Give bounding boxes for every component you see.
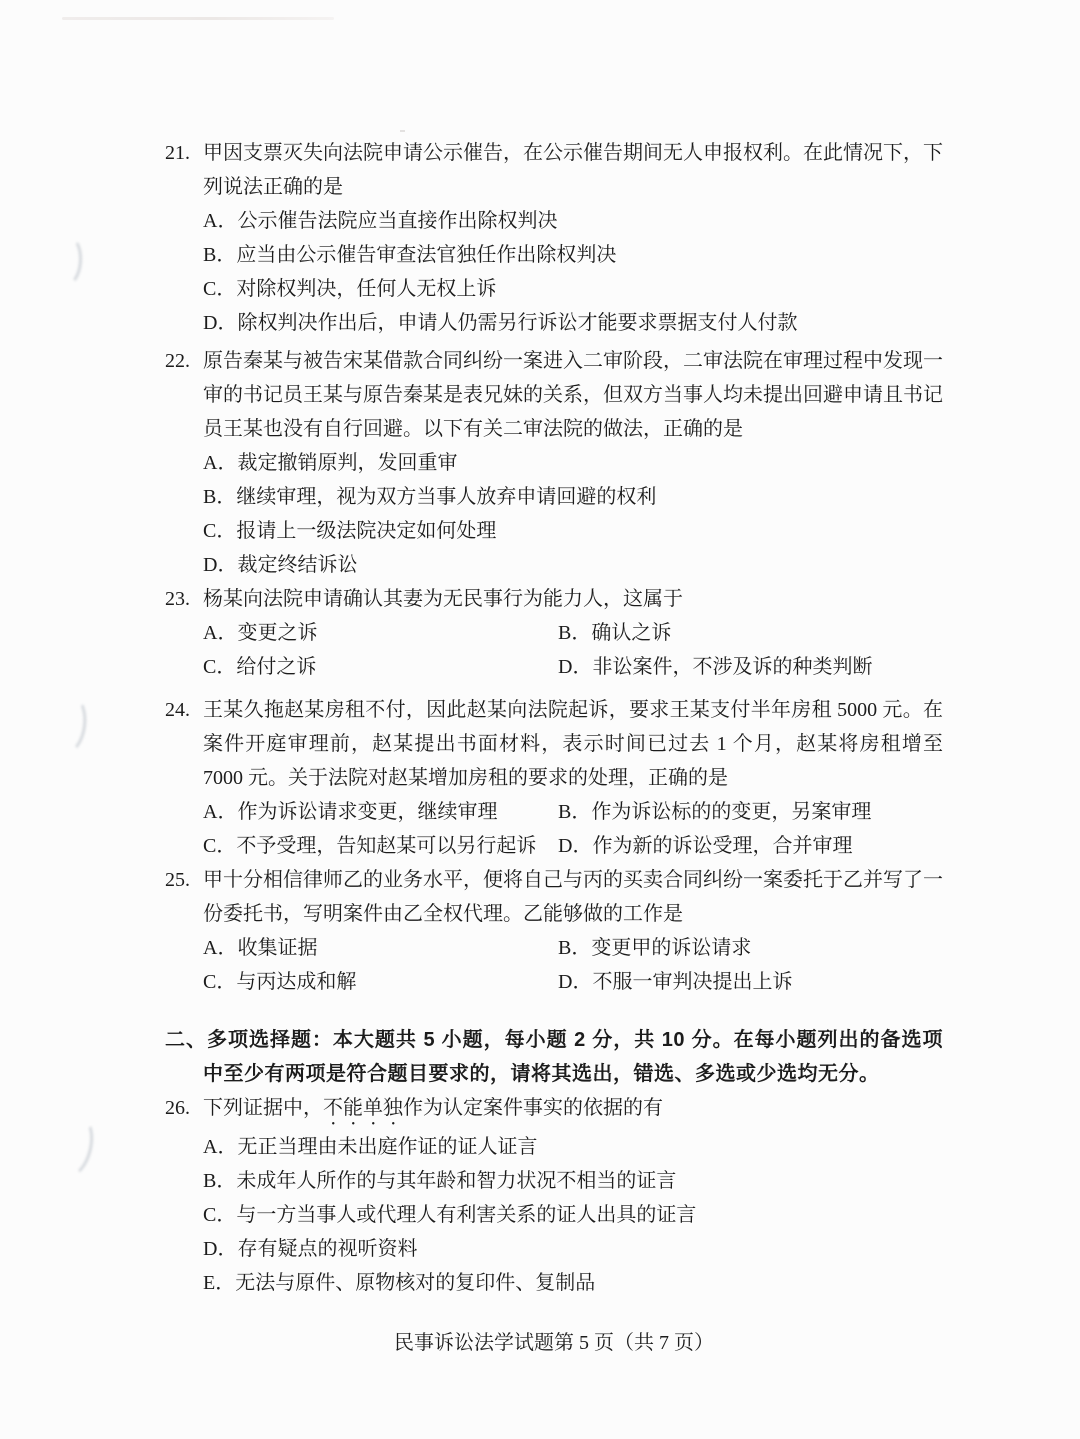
- option-e: E．无法与原件、原物核对的复印件、复制品: [203, 1266, 943, 1300]
- question-number: 21.: [165, 136, 203, 170]
- stem-post: 作为认定案件事实的依据的有: [403, 1097, 663, 1119]
- question-stem: 甲十分相信律师乙的业务水平，便将自己与丙的买卖合同纠纷一案委托于乙并写了一份委托…: [203, 863, 943, 931]
- binder-ring-artifact: [52, 235, 83, 287]
- question-stem: 原告秦某与被告宋某借款合同纠纷一案进入二审阶段，二审法院在审理过程中发现一审的书…: [203, 344, 943, 446]
- question-stem: 杨某向法院申请确认其妻为无民事行为能力人，这属于: [203, 582, 943, 616]
- option-c: C．报请上一级法院决定如何处理: [203, 514, 943, 548]
- option-b: B．应当由公示催告审查法官独任作出除权判决: [203, 238, 943, 272]
- option-c: C．与丙达成和解: [203, 965, 558, 999]
- option-b: B．变更甲的诉讼请求: [558, 931, 943, 965]
- option-a: A．公示催告法院应当直接作出除权判决: [203, 204, 943, 238]
- option-a: A．裁定撤销原判，发回重审: [203, 446, 943, 480]
- question-number: 25.: [165, 863, 203, 897]
- option-c: C．对除权判决，任何人无权上诉: [203, 272, 943, 306]
- scan-edge-artifact: [62, 17, 334, 20]
- option-b: B．未成年人所作的与其年龄和智力状况不相当的证言: [203, 1164, 943, 1198]
- question-26: 26. 下列证据中，不能单独作为认定案件事实的依据的有 A．无正当理由未出庭作证…: [165, 1091, 943, 1300]
- options-row: A．变更之诉 B．确认之诉: [203, 616, 943, 650]
- options-row: C．给付之诉 D．非讼案件，不涉及诉的种类判断: [203, 650, 943, 684]
- question-number: 22.: [165, 344, 203, 378]
- section-2-heading: 二、多项选择题：本大题共 5 小题，每小题 2 分，共 10 分。在每小题列出的…: [165, 1023, 943, 1091]
- stem-emphasized-text: 不能单独: [323, 1097, 403, 1119]
- exam-content: 21. 甲因支票灭失向法院申请公示催告，在公示催告期间无人申报权利。在此情况下，…: [165, 136, 943, 1360]
- option-c: C．与一方当事人或代理人有利害关系的证人出具的证言: [203, 1198, 943, 1232]
- question-24-stem-row: 24. 王某久拖赵某房租不付，因此赵某向法院起诉，要求王某支付半年房租 5000…: [165, 693, 943, 795]
- binder-ring-artifact: [53, 1114, 99, 1180]
- option-b: B．继续审理，视为双方当事人放弃申请回避的权利: [203, 480, 943, 514]
- question-number: 26.: [165, 1091, 203, 1125]
- question-number: 24.: [165, 693, 203, 727]
- option-d: D．不服一审判决提出上诉: [558, 965, 943, 999]
- option-a: A．变更之诉: [203, 616, 558, 650]
- stem-pre: 下列证据中，: [203, 1097, 323, 1119]
- question-24: 24. 王某久拖赵某房租不付，因此赵某向法院起诉，要求王某支付半年房租 5000…: [165, 693, 943, 863]
- option-a: A．无正当理由未出庭作证的证人证言: [203, 1130, 943, 1164]
- question-22-stem-row: 22. 原告秦某与被告宋某借款合同纠纷一案进入二审阶段，二审法院在审理过程中发现…: [165, 344, 943, 446]
- option-a: A．作为诉讼请求变更，继续审理: [203, 795, 558, 829]
- option-a: A．收集证据: [203, 931, 558, 965]
- question-23: 23. 杨某向法院申请确认其妻为无民事行为能力人，这属于 A．变更之诉 B．确认…: [165, 582, 943, 684]
- option-d: D．作为新的诉讼受理，合并审理: [558, 829, 943, 863]
- option-b: B．作为诉讼标的的变更，另案审理: [558, 795, 943, 829]
- question-25-stem-row: 25. 甲十分相信律师乙的业务水平，便将自己与丙的买卖合同纠纷一案委托于乙并写了…: [165, 863, 943, 931]
- option-d: D．除权判决作出后，申请人仍需另行诉讼才能要求票据支付人付款: [203, 306, 943, 340]
- option-d: D．非讼案件，不涉及诉的种类判断: [558, 650, 943, 684]
- option-c: C．给付之诉: [203, 650, 558, 684]
- question-stem: 王某久拖赵某房租不付，因此赵某向法院起诉，要求王某支付半年房租 5000 元。在…: [203, 693, 943, 795]
- scan-speck-artifact: [400, 130, 405, 132]
- option-c: C．不予受理，告知赵某可以另行起诉: [203, 829, 558, 863]
- question-21: 21. 甲因支票灭失向法院申请公示催告，在公示催告期间无人申报权利。在此情况下，…: [165, 136, 943, 340]
- options-row: C．与丙达成和解 D．不服一审判决提出上诉: [203, 965, 943, 999]
- question-number: 23.: [165, 582, 203, 616]
- page-footer: 民事诉讼法学试题第 5 页（共 7 页）: [165, 1326, 943, 1360]
- question-25: 25. 甲十分相信律师乙的业务水平，便将自己与丙的买卖合同纠纷一案委托于乙并写了…: [165, 863, 943, 999]
- binder-ring-artifact: [52, 695, 90, 755]
- question-23-stem-row: 23. 杨某向法院申请确认其妻为无民事行为能力人，这属于: [165, 582, 943, 616]
- question-stem: 甲因支票灭失向法院申请公示催告，在公示催告期间无人申报权利。在此情况下，下列说法…: [203, 136, 943, 204]
- option-b: B．确认之诉: [558, 616, 943, 650]
- question-22: 22. 原告秦某与被告宋某借款合同纠纷一案进入二审阶段，二审法院在审理过程中发现…: [165, 344, 943, 582]
- option-d: D．存有疑点的视听资料: [203, 1232, 943, 1266]
- scanned-exam-page: 21. 甲因支票灭失向法院申请公示催告，在公示催告期间无人申报权利。在此情况下，…: [0, 0, 1080, 1439]
- question-21-stem-row: 21. 甲因支票灭失向法院申请公示催告，在公示催告期间无人申报权利。在此情况下，…: [165, 136, 943, 204]
- option-d: D．裁定终结诉讼: [203, 548, 943, 582]
- question-stem: 下列证据中，不能单独作为认定案件事实的依据的有: [203, 1091, 943, 1130]
- options-row: A．作为诉讼请求变更，继续审理 B．作为诉讼标的的变更，另案审理: [203, 795, 943, 829]
- question-26-stem-row: 26. 下列证据中，不能单独作为认定案件事实的依据的有: [165, 1091, 943, 1130]
- options-row: C．不予受理，告知赵某可以另行起诉 D．作为新的诉讼受理，合并审理: [203, 829, 943, 863]
- options-row: A．收集证据 B．变更甲的诉讼请求: [203, 931, 943, 965]
